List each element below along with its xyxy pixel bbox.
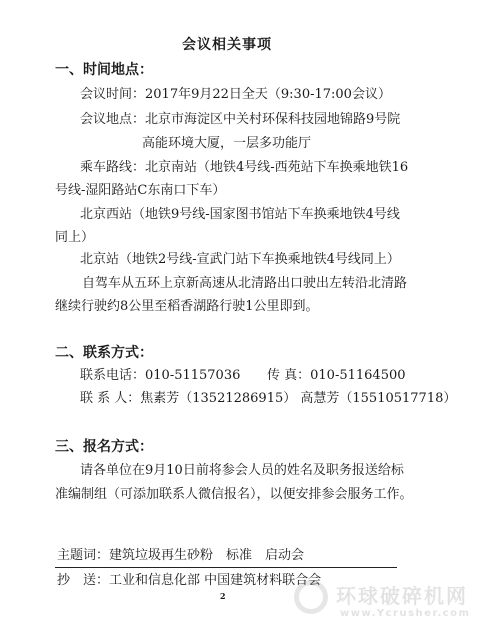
meeting-time: 会议时间：2017年9月22日全天（9:30-17:00会议） bbox=[80, 87, 391, 103]
watermark-logo-icon bbox=[294, 580, 328, 614]
contact-fax: 传 真：010-51164500 bbox=[267, 368, 406, 384]
watermark-name: 环球破碎机网 bbox=[336, 580, 468, 609]
route-west-station-cont: 同上） bbox=[55, 230, 94, 246]
meeting-location: 会议地点：北京市海淀区中关村环保科技园地锦路9号院 bbox=[80, 112, 400, 128]
section-heading-contact: 二、联系方式： bbox=[55, 345, 153, 361]
watermark: 环球破碎机网 www.Ycrusher.com bbox=[290, 578, 500, 628]
registration-text-cont: 准编制组（可添加联系人微信报名），以便安排参会服务工作。 bbox=[55, 487, 413, 503]
section-heading-registration: 三、报名方式： bbox=[55, 439, 153, 455]
contact-phone: 联系电话：010-51157036 bbox=[80, 368, 240, 384]
route-south-station-cont: 号线-湿阳路站C东南口下车） bbox=[55, 183, 225, 199]
route-south-station: 乘车路线：北京南站（地铁4号线-西苑站下车换乘地铁16 bbox=[80, 160, 408, 176]
footer-divider bbox=[55, 567, 397, 568]
keywords-line: 主题词：建筑垃圾再生砂粉 标准 启动会 bbox=[57, 548, 304, 564]
section-heading-time-location: 一、时间地点： bbox=[55, 62, 153, 78]
page-number: 2 bbox=[220, 591, 226, 601]
cc-line: 抄 送：工业和信息化部 中国建筑材料联合会 bbox=[57, 573, 321, 589]
watermark-url: www.Ycrusher.com bbox=[340, 608, 470, 619]
route-self-drive-cont: 继续行驶约8公里至稻香湖路行驶1公里即到。 bbox=[55, 299, 319, 315]
route-west-station: 北京西站（地铁9号线-国家图书馆站下车换乘地铁4号线 bbox=[80, 207, 400, 223]
registration-text: 请各单位在9月10日前将参会人员的姓名及职务报送给标 bbox=[80, 463, 404, 479]
route-beijing-station: 北京站（地铁2号线-宣武门站下车换乘地铁4号线同上） bbox=[80, 252, 400, 268]
route-self-drive: 自驾车从五环上京新高速从北清路出口驶出左转沿北清路 bbox=[82, 276, 407, 292]
contact-persons: 联 系 人：焦素芳（13521286915） 高慧芳（15510517718） bbox=[80, 391, 456, 407]
document-title: 会议相关事项 bbox=[182, 37, 272, 53]
meeting-location-cont: 高能环境大厦，一层多功能厅 bbox=[142, 136, 311, 152]
